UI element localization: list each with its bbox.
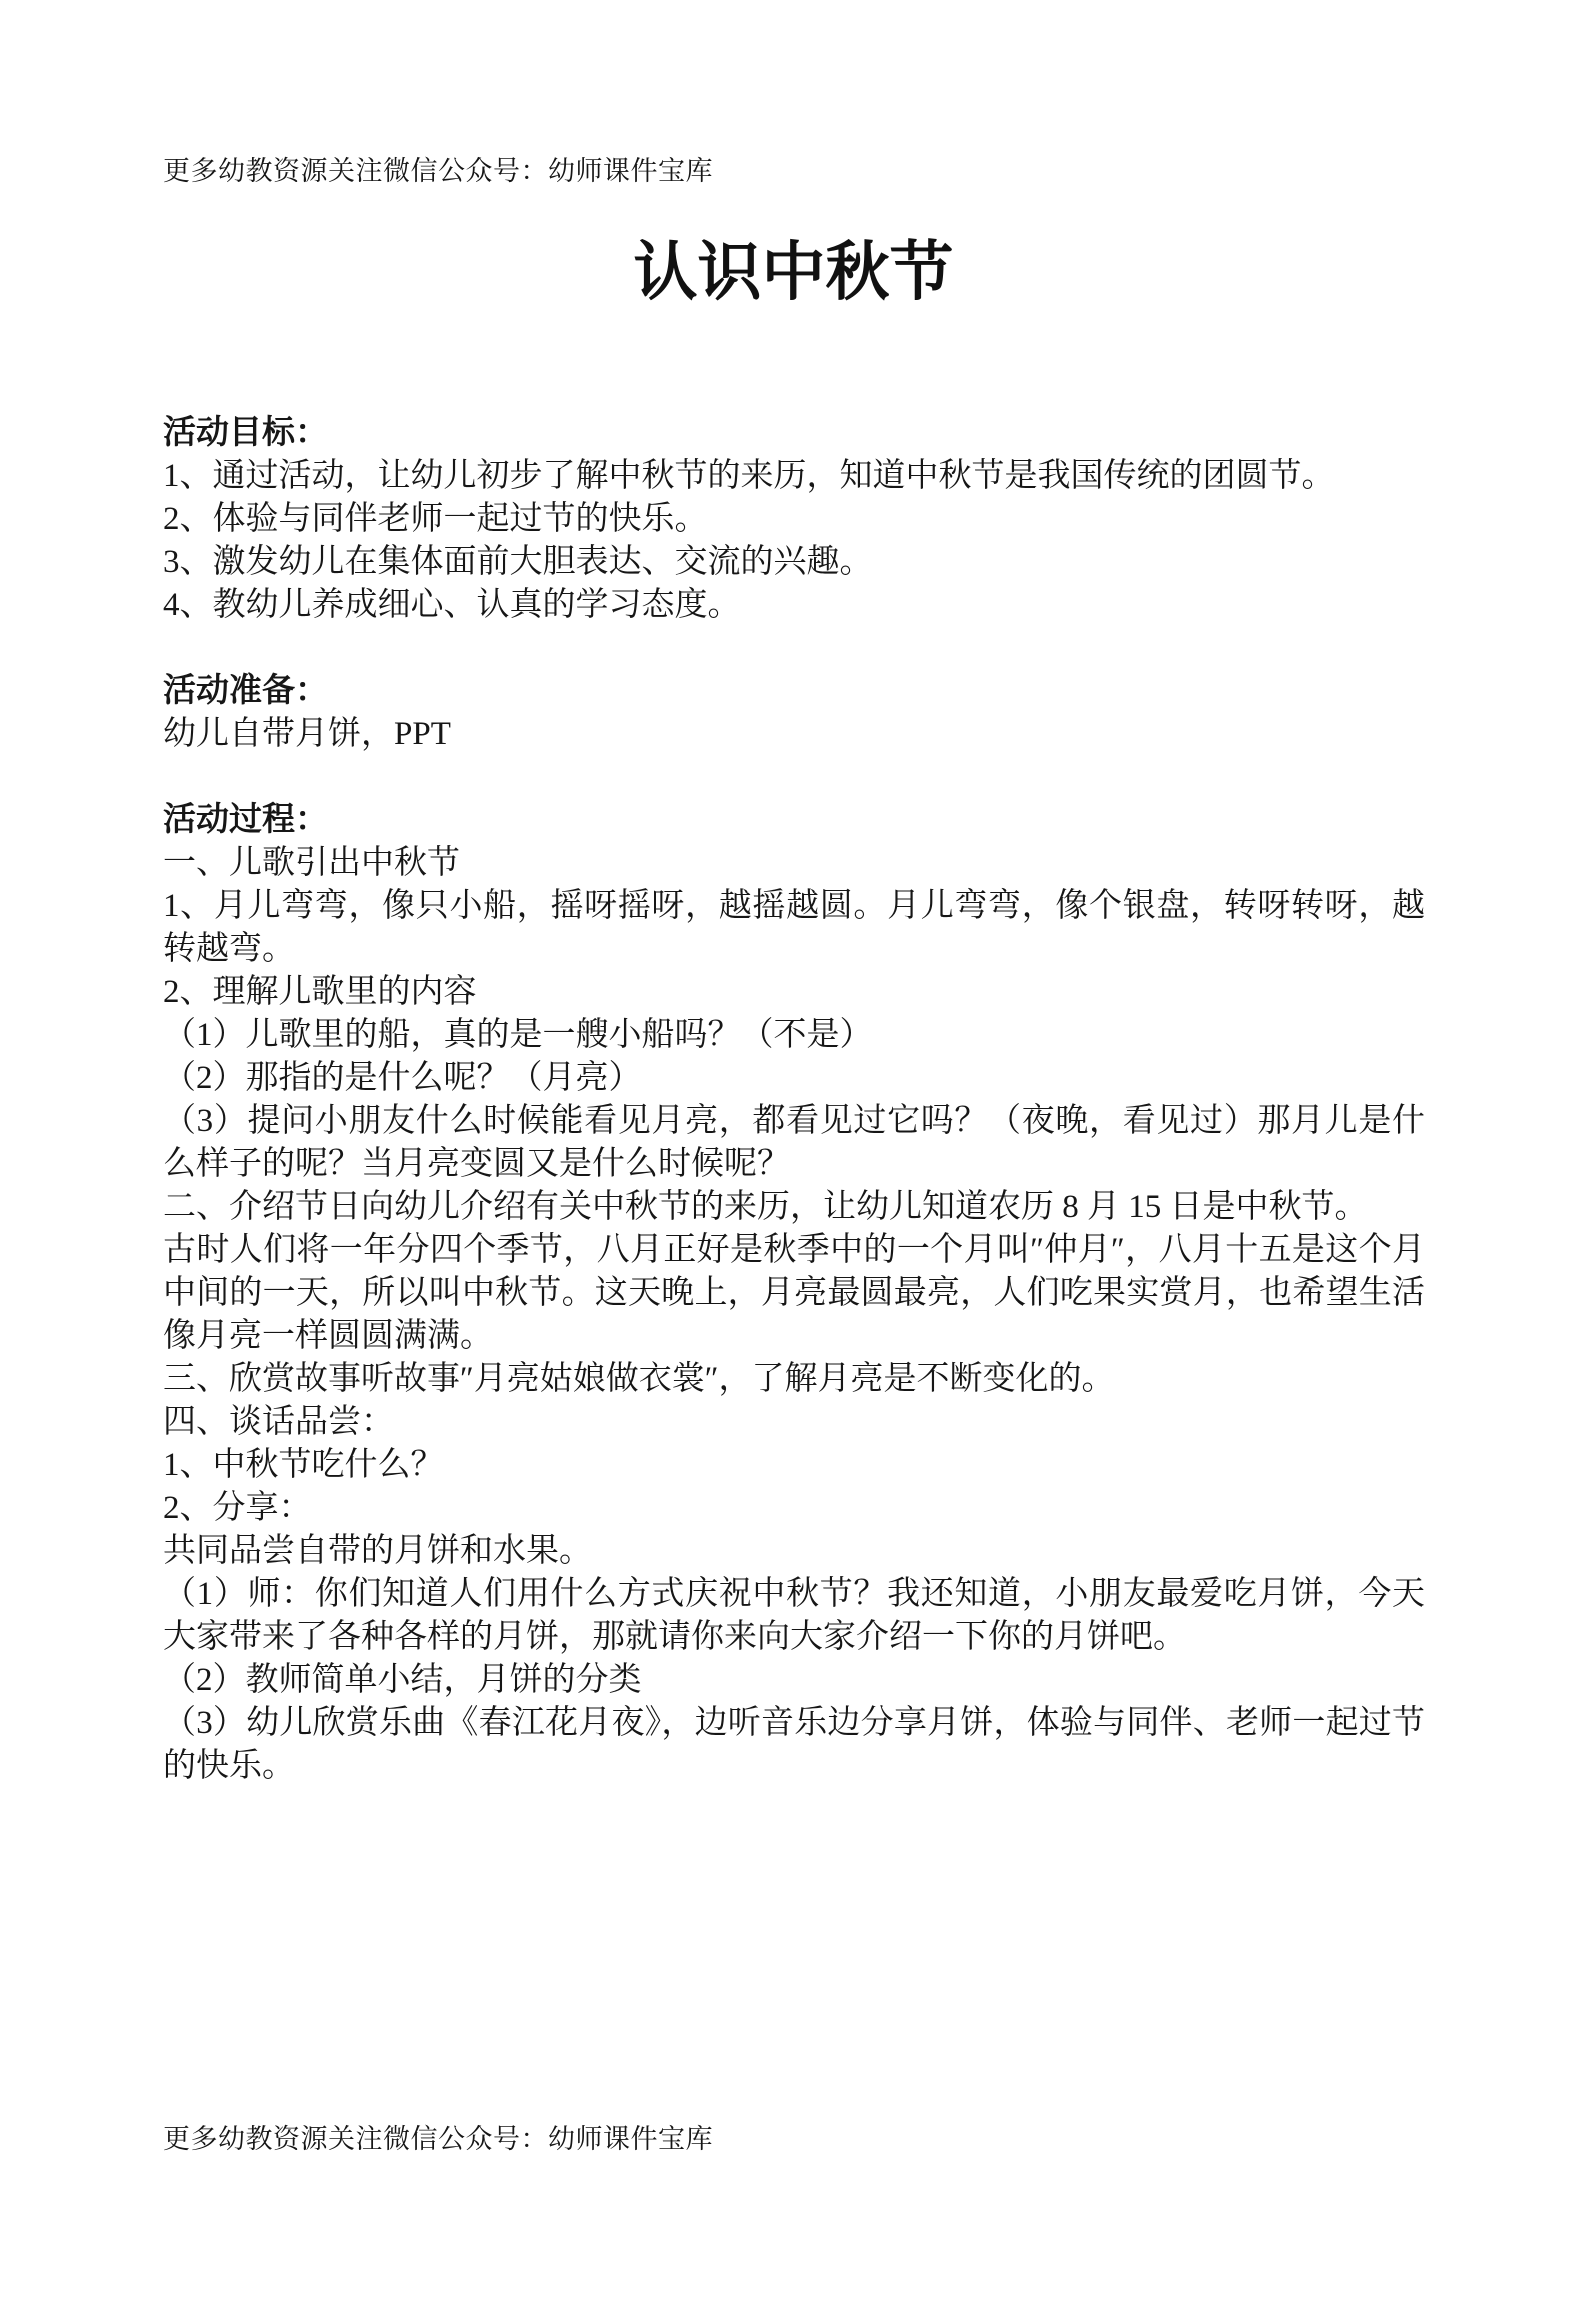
doc-paragraph: 共同品尝自带的月饼和水果。 [163, 1530, 1425, 1573]
section-heading: 活动准备： [163, 670, 1425, 713]
doc-paragraph: 2、理解儿歌里的内容 [163, 971, 1425, 1014]
document-body: 活动目标： 1、通过活动，让幼儿初步了解中秋节的来历，知道中秋节是我国传统的团圆… [163, 412, 1425, 1788]
section-heading: 活动目标： [163, 412, 1425, 455]
doc-paragraph: 三、欣赏故事听故事″月亮姑娘做衣裳″，了解月亮是不断变化的。 [163, 1358, 1425, 1401]
section-heading: 活动过程： [163, 799, 1425, 842]
doc-paragraph: （1）儿歌里的船，真的是一艘小船吗？（不是） [163, 1014, 1425, 1057]
section-activity-process: 活动过程： 一、儿歌引出中秋节 1、月儿弯弯，像只小船，摇呀摇呀，越摇越圆。月儿… [163, 799, 1425, 1788]
doc-paragraph: 一、儿歌引出中秋节 [163, 842, 1425, 885]
section-activity-preparation: 活动准备： 幼儿自带月饼，PPT [163, 670, 1425, 756]
doc-paragraph: 1、中秋节吃什么？ [163, 1444, 1425, 1487]
doc-paragraph: 古时人们将一年分四个季节，八月正好是秋季中的一个月叫″仲月″，八月十五是这个月中… [163, 1229, 1425, 1358]
doc-paragraph: 1、通过活动，让幼儿初步了解中秋节的来历，知道中秋节是我国传统的团圆节。 [163, 455, 1425, 498]
doc-paragraph: 2、体验与同伴老师一起过节的快乐。 [163, 498, 1425, 541]
doc-paragraph: （1）师：你们知道人们用什么方式庆祝中秋节？我还知道，小朋友最爱吃月饼，今天大家… [163, 1573, 1425, 1659]
section-activity-goals: 活动目标： 1、通过活动，让幼儿初步了解中秋节的来历，知道中秋节是我国传统的团圆… [163, 412, 1425, 627]
doc-paragraph: 二、介绍节日向幼儿介绍有关中秋节的来历，让幼儿知道农历 8 月 15 日是中秋节… [163, 1186, 1425, 1229]
doc-paragraph: 四、谈话品尝： [163, 1401, 1425, 1444]
doc-paragraph: 幼儿自带月饼，PPT [163, 713, 1425, 756]
page-title: 认识中秋节 [0, 236, 1587, 310]
header-note: 更多幼教资源关注微信公众号：幼师课件宝库 [163, 156, 1425, 186]
doc-paragraph: （3）提问小朋友什么时候能看见月亮，都看见过它吗？（夜晚，看见过）那月儿是什么样… [163, 1100, 1425, 1186]
doc-paragraph: 4、教幼儿养成细心、认真的学习态度。 [163, 584, 1425, 627]
doc-paragraph: 3、激发幼儿在集体面前大胆表达、交流的兴趣。 [163, 541, 1425, 584]
doc-paragraph: （2）那指的是什么呢？（月亮） [163, 1057, 1425, 1100]
document-page: 更多幼教资源关注微信公众号：幼师课件宝库 认识中秋节 活动目标： 1、通过活动，… [0, 0, 1587, 2308]
doc-paragraph: 2、分享： [163, 1487, 1425, 1530]
doc-paragraph: （2）教师简单小结，月饼的分类 [163, 1659, 1425, 1702]
doc-paragraph: 1、月儿弯弯，像只小船，摇呀摇呀，越摇越圆。月儿弯弯，像个银盘，转呀转呀，越转越… [163, 885, 1425, 971]
doc-paragraph: （3）幼儿欣赏乐曲《春江花月夜》，边听音乐边分享月饼，体验与同伴、老师一起过节的… [163, 1702, 1425, 1788]
footer-note: 更多幼教资源关注微信公众号：幼师课件宝库 [163, 2124, 1425, 2154]
